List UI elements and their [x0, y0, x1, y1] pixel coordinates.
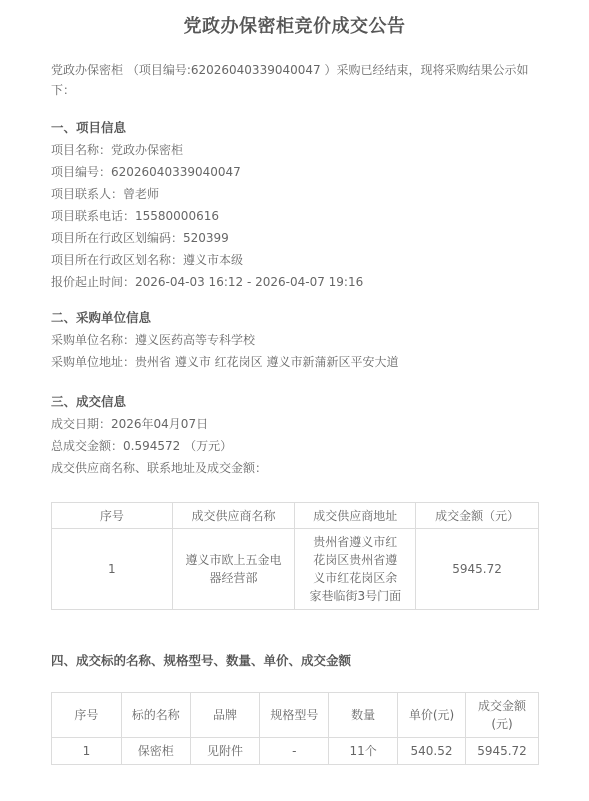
item-unit-price: 540.52 — [398, 738, 466, 765]
project-contact: 项目联系人：曾老师 — [51, 183, 363, 205]
header-cell: 成交金额(元) — [466, 693, 539, 738]
region-code: 项目所在行政区划编码：520399 — [51, 227, 363, 249]
table-row: 1 遵义市欧上五金电器经营部 贵州省遵义市红花岗区贵州省遵义市红花岗区余家巷临街… — [52, 529, 539, 610]
item-quantity: 11个 — [329, 738, 398, 765]
page-title: 党政办保密柜竞价成交公告 — [0, 12, 589, 38]
item-name: 保密柜 — [121, 738, 190, 765]
supplier-name: 遵义市欧上五金电器经营部 — [172, 529, 295, 610]
total-amount: 总成交金额：0.594572 （万元） — [51, 435, 267, 457]
region-name: 项目所在行政区划名称：遵义市本级 — [51, 249, 363, 271]
purchaser-address: 采购单位地址：贵州省 遵义市 红花岗区 遵义市新蒲新区平安大道 — [51, 351, 398, 373]
deal-amount: 5945.72 — [416, 529, 539, 610]
item-amount: 5945.72 — [466, 738, 539, 765]
header-cell: 单价(元) — [398, 693, 466, 738]
section-heading: 三、成交信息 — [51, 391, 267, 413]
header-cell: 品牌 — [190, 693, 260, 738]
announcement-page: 党政办保密柜竞价成交公告 党政办保密柜 （项目编号:62026040339040… — [0, 0, 589, 801]
supplier-table: 序号 成交供应商名称 成交供应商地址 成交金额（元） 1 遵义市欧上五金电器经营… — [51, 502, 539, 610]
row-index: 1 — [52, 529, 173, 610]
section-heading: 一、项目信息 — [51, 117, 363, 139]
section-heading-items: 四、成交标的名称、规格型号、数量、单价、成交金额 — [51, 651, 351, 669]
table-header-row: 序号 标的名称 品牌 规格型号 数量 单价(元) 成交金额(元) — [52, 693, 539, 738]
quote-period: 报价起止时间：2026-04-03 16:12 - 2026-04-07 19:… — [51, 271, 363, 293]
section-project-info: 一、项目信息 项目名称：党政办保密柜 项目编号：6202604033904004… — [51, 117, 363, 293]
header-cell: 标的名称 — [121, 693, 190, 738]
item-spec: - — [260, 738, 329, 765]
header-cell: 成交供应商地址 — [295, 503, 416, 529]
item-table: 序号 标的名称 品牌 规格型号 数量 单价(元) 成交金额(元) 1 保密柜 见… — [51, 692, 539, 765]
deal-date: 成交日期：2026年04月07日 — [51, 413, 267, 435]
table-row: 1 保密柜 见附件 - 11个 540.52 5945.72 — [52, 738, 539, 765]
table-header-row: 序号 成交供应商名称 成交供应商地址 成交金额（元） — [52, 503, 539, 529]
section-deal-info: 三、成交信息 成交日期：2026年04月07日 总成交金额：0.594572 （… — [51, 391, 267, 479]
header-cell: 序号 — [52, 693, 122, 738]
header-cell: 序号 — [52, 503, 173, 529]
supplier-address: 贵州省遵义市红花岗区贵州省遵义市红花岗区余家巷临街3号门面 — [295, 529, 416, 610]
section-heading: 二、采购单位信息 — [51, 307, 398, 329]
header-cell: 规格型号 — [260, 693, 329, 738]
header-cell: 成交金额（元） — [416, 503, 539, 529]
purchaser-name: 采购单位名称：遵义医药高等专科学校 — [51, 329, 398, 351]
section-purchaser-info: 二、采购单位信息 采购单位名称：遵义医药高等专科学校 采购单位地址：贵州省 遵义… — [51, 307, 398, 373]
project-phone: 项目联系电话：15580000616 — [51, 205, 363, 227]
project-number: 项目编号：62026040339040047 — [51, 161, 363, 183]
row-index: 1 — [52, 738, 122, 765]
supplier-list-label: 成交供应商名称、联系地址及成交金额： — [51, 457, 267, 479]
intro-paragraph: 党政办保密柜 （项目编号:62026040339040047 ）采购已经结束，现… — [51, 60, 551, 100]
header-cell: 数量 — [329, 693, 398, 738]
project-name: 项目名称：党政办保密柜 — [51, 139, 363, 161]
item-brand: 见附件 — [190, 738, 260, 765]
header-cell: 成交供应商名称 — [172, 503, 295, 529]
